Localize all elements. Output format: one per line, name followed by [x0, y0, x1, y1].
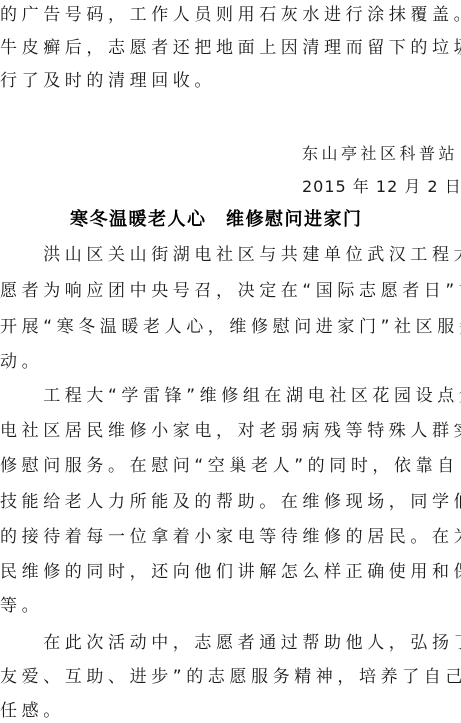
text-line: 友爱、互助、进步”的志愿服务精神，培养了自己的社会责 [0, 666, 461, 688]
text-line: 等。 [0, 595, 43, 617]
text-line: 工程大“学雷锋”维修组在湖电社区花园设点免费为湖 [0, 385, 461, 407]
text-line: 技能给老人力所能及的帮助。在维修现场，同学们认真热情 [0, 491, 461, 513]
text-line: 开展“寒冬温暖老人心，维修慰问进家门”社区服务主题活 [0, 316, 461, 338]
text-line: 民维修的同时，还向他们讲解怎么样正确使用和保养小家电 [0, 561, 461, 583]
text-line: 的接待着每一位拿着小家电等待维修的居民。在为每一位居 [0, 526, 461, 548]
text-line: 的广告号码，工作人员则用石灰水进行涂抹覆盖。在清理完 [0, 4, 461, 26]
text-line: 动。 [0, 351, 43, 373]
text-line: 电社区居民维修小家电，对老弱病残等特殊人群实施上门维 [0, 420, 461, 442]
text-line: 行了及时的清理回收。 [0, 70, 216, 92]
signature-organization: 东山亭社区科普站 [302, 143, 458, 165]
article-title: 寒冬温暖老人心 维修慰问进家门 [70, 208, 363, 232]
text-line: 在此次活动中，志愿者通过帮助他人，弘扬了“奉献、 [0, 632, 461, 654]
text-line: 洪山区关山街湖电社区与共建单位武汉工程大学的志 [0, 244, 461, 266]
text-line: 牛皮癣后，志愿者还把地面上因清理而留下的垃圾纸屑也进 [0, 37, 461, 59]
text-line: 愿者为响应团中央号召，决定在“国际志愿者日”前夕集中 [0, 280, 461, 302]
signature-date: 2015 年 12 月 2 日 [302, 176, 461, 198]
text-line: 任感。 [0, 700, 65, 722]
text-line: 修慰问服务。在慰问“空巢老人”的同时，依靠自己的维修 [0, 455, 461, 477]
